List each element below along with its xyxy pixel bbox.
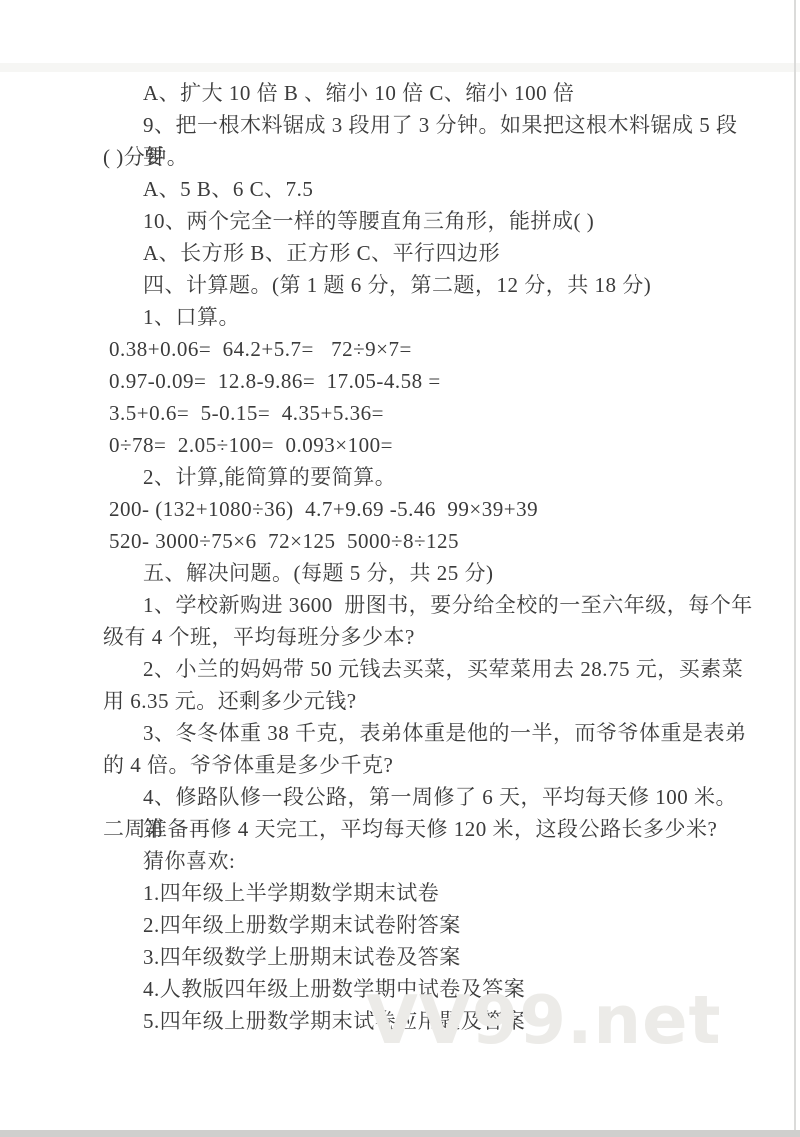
bottom-scan-strip	[0, 1130, 800, 1137]
page-edge-line	[794, 0, 796, 1137]
text-line: 1、学校新购进 3600 册图书，要分给全校的一至六年级，每个年	[103, 589, 753, 621]
text-line: 0.38+0.06= 64.2+5.7= 72÷9×7=	[103, 333, 753, 365]
text-line: 的 4 倍。爷爷体重是多少千克?	[103, 749, 753, 781]
scanned-exam-page: A、扩大 10 倍 B 、缩小 10 倍 C、缩小 100 倍9、把一根木料锯成…	[0, 0, 800, 1137]
text-line: A、长方形 B、正方形 C、平行四边形	[103, 237, 753, 269]
text-line: 2、计算,能简算的要简算。	[103, 461, 753, 493]
text-line: 2、小兰的妈妈带 50 元钱去买菜，买荤菜用去 28.75 元，买素菜	[103, 653, 753, 685]
text-line: 3.四年级数学上册期末试卷及答案	[103, 941, 753, 973]
text-line: 200- (132+1080÷36) 4.7+9.69 -5.46 99×39+…	[103, 493, 753, 525]
text-line: 2.四年级上册数学期末试卷附答案	[103, 909, 753, 941]
text-line: 二周准备再修 4 天完工，平均每天修 120 米，这段公路长多少米?	[103, 813, 753, 845]
text-line: 0.97-0.09= 12.8-9.86= 17.05-4.58 =	[103, 365, 753, 397]
text-line: 用 6.35 元。还剩多少元钱?	[103, 685, 753, 717]
watermark: VV99.net	[366, 982, 766, 1062]
text-line: A、扩大 10 倍 B 、缩小 10 倍 C、缩小 100 倍	[103, 77, 753, 109]
text-line: 1.四年级上半学期数学期末试卷	[103, 877, 753, 909]
text-line: ( )分钟。	[103, 141, 753, 173]
text-line: 520- 3000÷75×6 72×125 5000÷8÷125	[103, 525, 753, 557]
text-line: 猜你喜欢:	[103, 845, 753, 877]
text-line: 3、冬冬体重 38 千克，表弟体重是他的一半，而爷爷体重是表弟	[103, 717, 753, 749]
text-line: 五、解决问题。(每题 5 分，共 25 分)	[103, 557, 753, 589]
text-line: 10、两个完全一样的等腰直角三角形，能拼成( )	[103, 205, 753, 237]
text-line: 4、修路队修一段公路，第一周修了 6 天，平均每天修 100 米。第	[103, 781, 753, 813]
text-line: 0÷78= 2.05÷100= 0.093×100=	[103, 429, 753, 461]
document-lines: A、扩大 10 倍 B 、缩小 10 倍 C、缩小 100 倍9、把一根木料锯成…	[103, 77, 753, 1037]
text-line: 1、口算。	[103, 301, 753, 333]
text-line: 9、把一根木料锯成 3 段用了 3 分钟。如果把这根木料锯成 5 段要	[103, 109, 753, 141]
scan-shading-band	[0, 63, 800, 72]
text-line: 四、计算题。(第 1 题 6 分，第二题，12 分，共 18 分)	[103, 269, 753, 301]
text-line: 3.5+0.6= 5-0.15= 4.35+5.36=	[103, 397, 753, 429]
text-line: 级有 4 个班，平均每班分多少本?	[103, 621, 753, 653]
text-line: A、5 B、6 C、7.5	[103, 173, 753, 205]
